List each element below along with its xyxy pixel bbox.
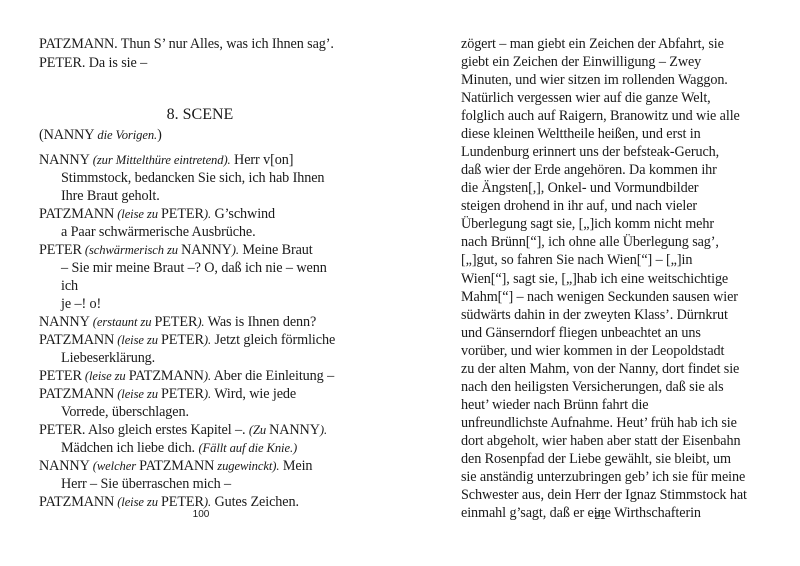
prose-line: daß wier der Erde angehören. Da kommen i… [461, 162, 717, 179]
dialogue-continuation: je –! o! [61, 296, 101, 313]
prose-line: Wien[“], sagt sie, [„]hab ich eine weits… [461, 271, 728, 288]
stage-direction-line: (NANNY die Vorigen.) [39, 127, 162, 144]
speaker-name: PATZMANN [39, 206, 114, 222]
dialogue-continuation: Herr – Sie überraschen mich – [61, 476, 231, 493]
speaker-name: PETER [39, 368, 82, 384]
prose-line: Überlegung sagt sie, [„]ich komm nicht m… [461, 216, 714, 233]
page-number: 100 [171, 509, 231, 520]
stage-direction: die Vorigen. [94, 128, 157, 142]
prose-line: Mahm[“] – nach wenigen Seckunden sausen … [461, 289, 738, 306]
prose-line: südwärts dahin in der zweyten Klass’. Dü… [461, 307, 728, 324]
stage-direction: ). [204, 333, 211, 347]
stage-direction: (schwärmerisch zu [82, 243, 181, 257]
stage-direction: ). [204, 207, 211, 221]
target-name: PETER [154, 314, 197, 330]
prose-line: den Rosenpfad der Liebe gewählt, sie ble… [461, 451, 731, 468]
stage-direction: (erstaunt zu [90, 315, 155, 329]
prose-line: [„]gut, so fahren Sie nach Wien[“] – [„]… [461, 252, 692, 269]
dialogue-continuation: Stimmstock, bedancken Sie sich, ich hab … [61, 170, 324, 187]
target-name: NANNY [269, 422, 320, 438]
dialogue-text: . Thun S’ nur Alles, was ich Ihnen sag’. [114, 36, 334, 52]
dialogue-text: Wird, wie jede [211, 386, 296, 402]
speaker-name: NANNY [39, 152, 90, 168]
dialogue-text: . Da is sie – [82, 55, 147, 71]
dialogue-line: PATZMANN (leise zu PETER). G’schwind [39, 206, 275, 223]
dialogue-continuation: Mädchen ich liebe dich. (Fällt auf die K… [61, 440, 297, 457]
dialogue-text: G’schwind [211, 206, 275, 222]
dialogue-line: NANNY (erstaunt zu PETER). Was is Ihnen … [39, 314, 316, 331]
stage-direction: ). [320, 423, 327, 437]
dialogue-text: . Also gleich erstes Kapitel –. [82, 422, 249, 438]
dialogue-line: PETER. Also gleich erstes Kapitel –. (Zu… [39, 422, 327, 439]
dialogue-text: Was is Ihnen denn? [204, 314, 316, 330]
prose-line: Natürlich vergessen wier auf die ganze W… [461, 90, 711, 107]
left-page: PATZMANN. Thun S’ nur Alles, was ich Ihn… [0, 0, 400, 566]
prose-line: Schwester aus, dein Herr der Ignaz Stimm… [461, 487, 747, 504]
stage-direction: ). [204, 387, 211, 401]
page-number: 21 [570, 511, 630, 522]
scene-heading: 8. SCENE [0, 106, 400, 124]
prose-line: zu der alten Mahm, von der Nanny, dort f… [461, 361, 739, 378]
dialogue-continuation: – Sie mir meine Braut –? O, daß ich nie … [61, 260, 327, 277]
target-name: PETER [161, 332, 204, 348]
dialogue-line: PETER (schwärmerisch zu NANNY). Meine Br… [39, 242, 313, 259]
speaker-name: PATZMANN [39, 36, 114, 52]
prose-line: heut’ wieder nach Brünn fahrt die [461, 397, 649, 414]
dialogue-continuation: ich [61, 278, 78, 295]
prose-line: diese kleinen Welttheile heißen, und ers… [461, 126, 701, 143]
prose-line: nach Brünn[“], ich ohne alle Überlegung … [461, 234, 719, 251]
prose-line: sie anständig unterzubringen geb’ ich si… [461, 469, 745, 486]
stage-direction: (zur Mittelthüre eintretend). [90, 153, 231, 167]
dialogue-line: PATZMANN (leise zu PETER). Gutes Zeichen… [39, 494, 299, 511]
dialogue-line: PATZMANN. Thun S’ nur Alles, was ich Ihn… [39, 36, 334, 53]
dialogue-line: PETER. Da is sie – [39, 55, 147, 72]
right-page: zögert – man giebt ein Zeichen der Abfah… [400, 0, 800, 566]
speaker-name: NANNY [39, 314, 90, 330]
stage-direction: (leise zu [114, 207, 161, 221]
prose-line: dort abgeholt, wier haben aber statt der… [461, 433, 740, 450]
stage-direction: (Zu [249, 423, 269, 437]
prose-line: zögert – man giebt ein Zeichen der Abfah… [461, 36, 724, 53]
prose-line: unfreundlichste Aufnahme. Heut’ früh hab… [461, 415, 737, 432]
speaker-name: PATZMANN [39, 332, 114, 348]
stage-direction: (leise zu [114, 495, 161, 509]
paren-close: ) [157, 127, 162, 143]
dialogue-text: Aber die Einleitung – [211, 368, 334, 384]
dialogue-text: Jetzt gleich förmliche [211, 332, 335, 348]
prose-line: und Gänserndorf fliegen unbeachtet an un… [461, 325, 701, 342]
dialogue-continuation: Vorrede, überschlagen. [61, 404, 189, 421]
prose-line: nach den heiligsten Versicherungen, daß … [461, 379, 724, 396]
dialogue-line: PATZMANN (leise zu PETER). Wird, wie jed… [39, 386, 296, 403]
dialogue-text: Mädchen ich liebe dich. [61, 440, 198, 456]
dialogue-line: NANNY (welcher PATZMANN zugewinckt). Mei… [39, 458, 312, 475]
target-name: PATZMANN [129, 368, 204, 384]
dialogue-line: PATZMANN (leise zu PETER). Jetzt gleich … [39, 332, 335, 349]
target-name: PETER [161, 206, 204, 222]
prose-line: vorüber, und wier kommen in der Leopolds… [461, 343, 724, 360]
speaker-name: PATZMANN [39, 494, 114, 510]
dialogue-text: Meine Braut [239, 242, 313, 258]
dialogue-line: PETER (leise zu PATZMANN). Aber die Einl… [39, 368, 334, 385]
stage-direction: ). [204, 369, 211, 383]
prose-line: die Ängsten[,], Onkel- und Vormundbilder [461, 180, 698, 197]
dialogue-text: Mein [279, 458, 312, 474]
stage-direction: (Fällt auf die Knie.) [198, 441, 297, 455]
speaker-name: PETER [39, 422, 82, 438]
speaker-name: NANNY [44, 127, 95, 143]
stage-direction: (welcher [90, 459, 139, 473]
prose-line: Minuten, und wier sitzen im rollenden Wa… [461, 72, 728, 89]
target-name: PETER [161, 386, 204, 402]
prose-line: giebt ein Zeichen der Einwilligung – Zwe… [461, 54, 701, 71]
stage-direction: (leise zu [114, 387, 161, 401]
target-name: PATZMANN [139, 458, 214, 474]
speaker-name: PATZMANN [39, 386, 114, 402]
dialogue-continuation: Liebeserklärung. [61, 350, 155, 367]
dialogue-line: NANNY (zur Mittelthüre eintretend). Herr… [39, 152, 293, 169]
dialogue-text: Gutes Zeichen. [211, 494, 299, 510]
speaker-name: PETER [39, 242, 82, 258]
prose-line: folglich auch auf Raigern, Branowitz und… [461, 108, 740, 125]
stage-direction: ). [204, 495, 211, 509]
stage-direction: ). [232, 243, 239, 257]
stage-direction: (leise zu [82, 369, 129, 383]
dialogue-continuation: Ihre Braut geholt. [61, 188, 160, 205]
prose-line: steigen drohend in ihr auf, und nach vie… [461, 198, 697, 215]
stage-direction: (leise zu [114, 333, 161, 347]
prose-line: Lundenburg erinnert uns der befsteak-Ger… [461, 144, 719, 161]
stage-direction: zugewinckt). [214, 459, 279, 473]
target-name: NANNY [181, 242, 232, 258]
speaker-name: NANNY [39, 458, 90, 474]
speaker-name: PETER [39, 55, 82, 71]
dialogue-text: Herr v[on] [231, 152, 294, 168]
target-name: PETER [161, 494, 204, 510]
dialogue-continuation: a Paar schwärmerische Ausbrüche. [61, 224, 256, 241]
